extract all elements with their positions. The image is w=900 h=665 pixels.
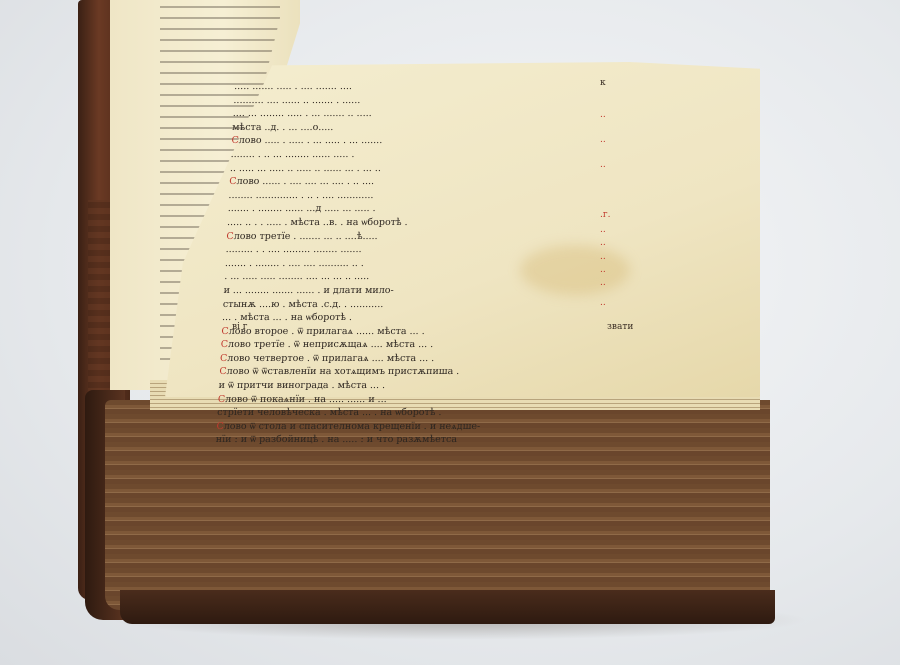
margin-number: .. [600,252,640,262]
margin-number: .. [600,265,640,275]
text-line: и ѿ притчи винограда . мѣста ... . [218,379,639,393]
margin-number: .. [600,110,640,120]
lower-board [120,590,775,624]
margin-number: .. [600,135,640,145]
text-line: Слово ...... . .... .... ... .... . .. .… [229,175,650,189]
text-line: ... . мѣста ... . на ѡборотѣ . [222,311,643,325]
text-line: Слово ..... . ..... . ... ..... . ... ..… [231,134,652,148]
text-line: .... ... ........ ..... . ... ....... ..… [232,107,653,121]
text-line: Слово ѿ стола и спасителнома крещенїи . … [216,420,637,434]
text-line: .. ..... ... ..... .. ..... .. ...... ..… [230,162,651,176]
text-line: .......... .... ...... .. ....... . ....… [233,94,654,108]
text-line: стынѫ ....ю . мѣста .с.д. . ........... [223,298,644,312]
text-line: ....... . ........ . .... .... .........… [225,257,646,271]
margin-number: .. [600,298,640,308]
margin-number: .. [600,225,640,235]
text-line: и ... ........ ....... ...... . и длати … [223,284,644,298]
text-line: мѣста ..д. . ... ....о..... [232,121,653,135]
catchword: звати [607,322,633,332]
text-line: ....... . ........ ...... ...д ..... ...… [227,202,648,216]
margin-number: .г. [600,210,640,220]
text-line: ..... ....... ..... . .... ....... .... [234,80,655,94]
text-line: нїи : и ѿ разбойницѣ . на ..... : и что … [215,433,636,447]
text-line: . ... ..... ..... ........ .... ... ... … [224,270,645,284]
text-line: стрїети человѣческа . мѣста ... . на ѡбо… [217,406,638,420]
margin-number: .. [600,160,640,170]
text-line: Слово второе . ѿ прилагаѧ ...... мѣста .… [221,325,642,339]
text-line: ..... .. . . ..... . мѣста ..в. . на ѡбо… [227,216,648,230]
text-line: ........ .............. . .. . .... ....… [228,189,649,203]
text-line: ........ . .. ... ........ ...... ..... … [230,148,651,162]
margin-number: .. [600,238,640,248]
text-line: Слово четвертое . ѿ прилагаѧ .... мѣста … [220,352,641,366]
text-line: Слово ѿ ѿставленїи на хотѧщимъ пристѫпиш… [219,365,640,379]
page-text: ..... ....... ..... . .... ....... .... … [215,80,654,447]
text-line: Слово ѿ покаѧнїи . на ..... ...... и ... [218,393,639,407]
text-line: ......... . . .... ......... ........ ..… [225,243,646,257]
text-line: Слово третїе . ....... ... .. ....ѣ..... [226,230,647,244]
text-line: Слово третїе . ѿ неприсѫщаѧ .... мѣста .… [220,338,641,352]
margin-number: .. [600,278,640,288]
signature-mark: ві г [232,322,248,332]
